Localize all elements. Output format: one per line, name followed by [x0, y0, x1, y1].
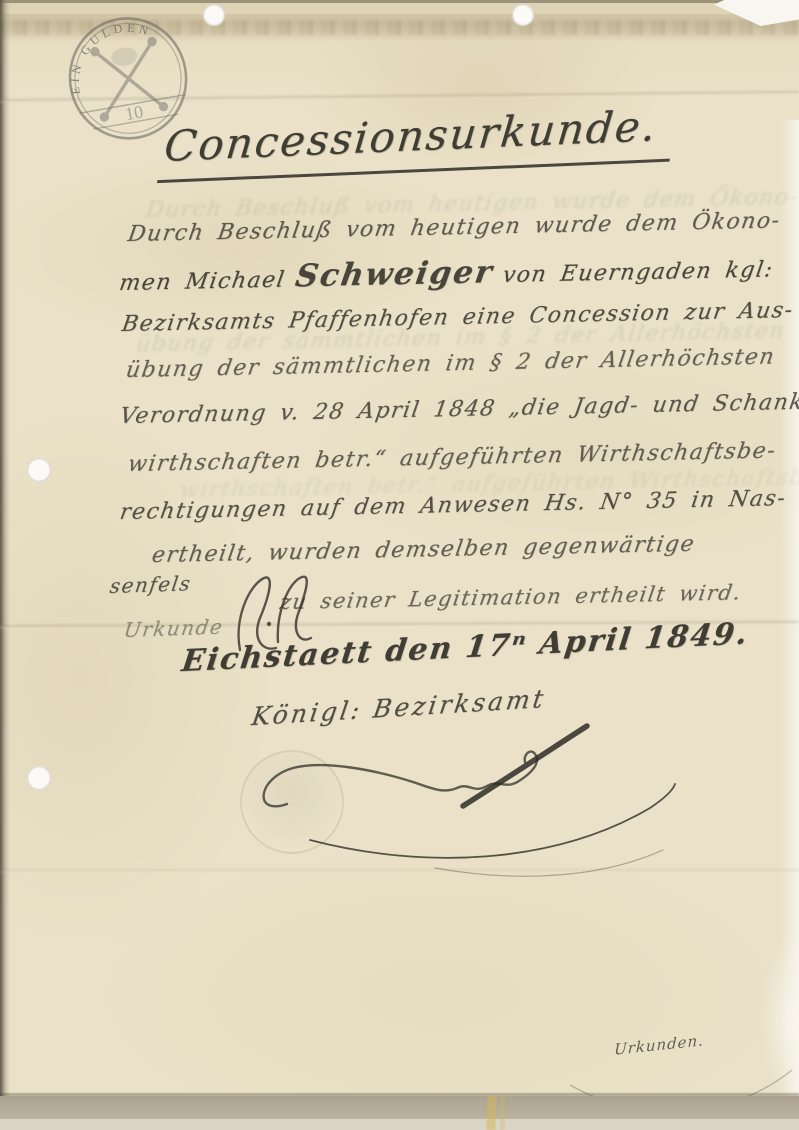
stamp-denomination: 10	[124, 101, 145, 124]
punch-hole-left-upper	[27, 458, 51, 482]
paper-top-edge	[0, 0, 799, 3]
scanner-band-light	[0, 1119, 799, 1130]
body-line-8-catchword: senfels	[108, 571, 193, 598]
paper-left-edge-shadow	[0, 0, 10, 1130]
punch-hole-top-left	[203, 4, 225, 26]
body-line-2: men MichaelSchweigervon Euerngaden kgl:	[117, 248, 777, 298]
body-line-9-catchword: Urkunde	[122, 614, 225, 642]
tape-residue	[486, 1096, 496, 1130]
body-line-2-post: von Euerngaden kgl:	[501, 257, 775, 288]
scanned-document-page: EIN GULDEN 10 Concessionsurkunde. Durch …	[0, 0, 799, 1130]
stamp-crown-smudge	[110, 46, 139, 68]
body-line-9: zu seiner Legitimation ertheilt wird.	[278, 580, 743, 614]
tape-residue	[500, 1096, 505, 1130]
body-line-2-pre: men Michael	[118, 267, 288, 296]
scanner-band-gray	[0, 1096, 799, 1119]
punch-hole-left-lower	[27, 766, 51, 790]
body-line-5: Verordnung v. 28 April 1848 „die Jagd- u…	[118, 389, 799, 429]
document-title: Concessionsurkunde.	[157, 100, 676, 183]
body-line-8: ertheilt, wurden demselben gegenwärtige	[150, 532, 697, 568]
signature-flourish	[235, 718, 685, 888]
punch-hole-top-right	[512, 4, 534, 26]
grantee-name: Schweiger	[293, 254, 496, 294]
